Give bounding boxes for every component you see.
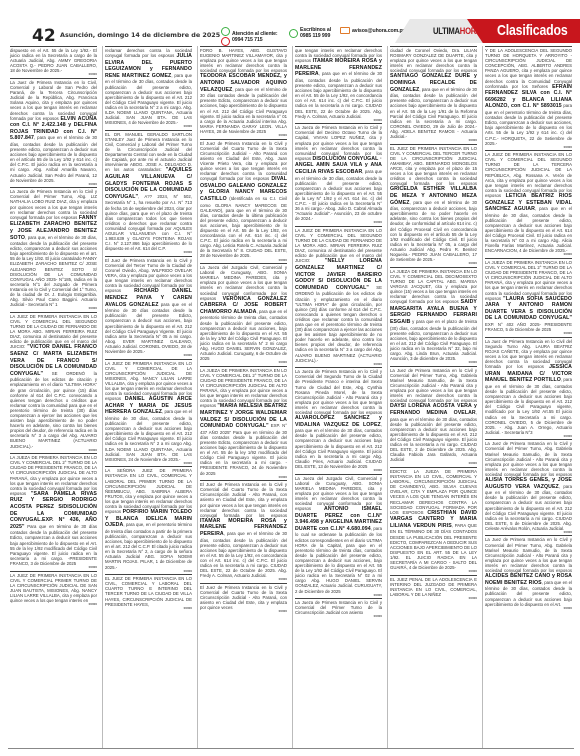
notice-code: 00000 [295,221,382,225]
legal-notice: LA JUEZ DE PRIMERA INSTANCIA EN LO CIVIL… [105,359,192,467]
notice-code: 00000 [200,361,287,365]
legal-notice: La Juez de Primera Instancia en lo Civil… [485,337,572,440]
notice-text: EL JUEZ PENAL DE LA ADOLESCENCIA E INTER… [390,577,477,597]
notice-text-tail: (Identificada en su C.I. Civil como GLOR… [200,196,287,259]
legal-notice: LA JUEZA DE PRIMERA INSTANCIA EN LO CIVI… [200,366,287,480]
phone-icon [221,37,230,46]
legal-notice: Y DE LA ADOLESCENCIA DEL SEGUNDO TURNO D… [485,46,572,150]
notice-code: 00000 [295,615,382,619]
notice-text-tail: , para que en el término de 30 días, con… [390,87,477,139]
notice-code: 00000 [485,607,572,611]
notice-text-tail: EXP. N° 437 AÑO 2025" Para que en términ… [200,423,287,475]
notice-code: 00000 [105,125,192,129]
legal-notice: EDICTO: LA JUEZA DE PRIMERA INSTANCIA EN… [390,467,477,575]
classifieds-columns: dispuesto en el Art. 55 de la Ley 1/92.-… [8,46,574,748]
notice-text-tail: para que en el perentorio término de tre… [485,103,572,145]
legal-notice: La Juez de Primera Instancia en lo Civil… [390,366,477,467]
notice-code: 00000 [390,139,477,143]
page-header: 42 Asunción, domingo 14 de diciembre de … [0,0,580,46]
notice-text: La Juez de Primera Instancia en lo Civil… [485,537,572,573]
legal-notice: LA JUEZ DE PRIMERA INSTANCIA EN LO CIVIL… [10,571,97,608]
notice-text-tail: para que en el término de 30 días contad… [105,302,192,354]
section-banner: ULTIMAHORA Clasificados [395,19,580,43]
notice-code: 00000 [295,119,382,123]
notice-text: LA JUEZ DE PRIMERA INSTANCIA EN LO CIVIL… [105,361,192,402]
notice-code: 00000 [10,603,97,607]
write-phone[interactable]: 0985 119 999 [300,33,331,39]
envelope-icon [340,27,350,34]
notice-code: 00000 [10,566,97,570]
notice-code: 00000 [485,253,572,257]
legal-notice: LA SEÑORA JUEZ DE PRIMERA INSTANCIA EN L… [105,466,192,574]
whatsapp-icon [221,27,230,36]
notice-code: 00000 [105,607,192,611]
customer-service-label: Atención al cliente: [232,31,278,37]
notice-code: 00000 [390,462,477,466]
notice-text: EL DR. MANUEL GERALDO SARTLON STANLEY Ju… [105,132,192,173]
legal-notice: dispuesto en el Art. 55 de la Ley 1/92.-… [10,46,97,78]
notice-text: FORO B. HAYES, ABG. GUSTAVO EUGENIO MART… [200,48,287,73]
section-title: Clasificados [497,22,567,39]
notice-text-tail: SE ORDENÓ la publicación de los edictos … [10,371,97,449]
legal-notice: La Juez de Primera Instancia en lo Civil… [485,535,572,611]
notice-text: LA JUEZA DE PRIMERA INSTANCIA EN LO CIVI… [10,455,97,496]
column-4: que tengan interés en reclamar derechos … [292,46,384,748]
notice-code: 00000 [10,73,97,77]
notice-text-tail: , para que en el término de 30 días, con… [485,377,572,434]
notice-text: La Juez de Primera Instancia en lo Civil… [390,368,477,404]
notice-text-tail: , PARA QUE EN EL TÉRMINO DE 30 DÍAS CONT… [390,523,477,570]
notice-text-tail: SE ORDENÓ la publicación de los edictos … [295,285,382,363]
notice-code: 00000 [10,307,97,311]
legal-notice: que tengan interés en reclamar derechos … [295,46,382,123]
legal-notice: LA JUEZ DE PRIMERA INSTANCIA EN LO CIVIL… [10,312,97,453]
notice-text-tail: , para que en el término de 30 días, con… [295,422,382,469]
notice-parties: ALVAROLOPEZ SANCHEZ y VIDALINA VAZQUEZ D… [295,415,382,428]
notice-text-tail: , para que en el término de 30 días, con… [200,531,287,578]
notice-text: LA JUEZA DE PRIMERA INSTANCIA EN LO CIVI… [200,368,287,409]
legal-notice: La Jueza de Primera Instancia en lo Civi… [295,598,382,620]
notice-text: EL JUEZ DE PRIMERA INSTANCIA EN LO CIVIL… [390,146,477,187]
notice-text-tail: , para que en el término de 30 días, con… [105,73,192,125]
notice-code: 00000 [105,570,192,574]
notice-text-tail: , A?? 2024, N° 502, Secretaría N° 1, ha … [105,194,192,251]
notice-code: 00000 [10,183,97,187]
notice-code: 00000 [200,476,287,480]
notice-code: 00000 [105,251,192,255]
legal-notice: El Juez de Primera Instancia en lo Civil… [200,139,287,264]
notice-text-tail: y para que en el plazo de treinta (30) d… [390,319,477,361]
legal-notice: EL JUEZ PENAL DE LA ADOLESCENCIA E INTER… [390,575,477,602]
notice-text: El Juez de Primera Instancia en lo Civil… [200,141,287,182]
notice-text: LA SEÑORA JUEZ DE PRIMERA INSTANCIA EN L… [105,468,192,514]
notice-text: La Juez de Primera Instancia en lo Civil… [485,441,572,477]
notice-text-tail: , para que en el término de 30 días, con… [295,169,382,221]
notice-parties: DAYSI LORENA ACOSTA VERA y FERNANDO MEDI… [390,403,477,416]
notice-code: 00000 [200,134,287,138]
notice-text: LA JUEZ DE PRIMERA INSTANCIA EN LO CIVIL… [10,573,97,603]
legal-notice: El Juez de Primera Instancia en lo Civil… [200,480,287,583]
notice-text-tail: , para que en el término de 30 días, con… [295,71,382,118]
notice-text-tail: , para que en el término de 30 días, con… [485,484,572,531]
notice-code: 00000 [10,449,97,453]
legal-notice: EL JUEZ DE PRIMERA INSTANCIA EN LO CIVIL… [105,574,192,611]
column-1: dispuesto en el Art. 55 de la Ley 1/92.-… [8,46,99,748]
legal-notice: La Jueza del Juzgado Civil, Comercial y … [295,474,382,599]
notice-text: ciudad de Coronel Oviedo, Dra. LILIAN RO… [390,48,477,73]
notice-text-tail: , para que en el término de 30 días, con… [485,206,572,253]
notice-text-tail: , para que en el término de 30 días, con… [390,410,477,462]
notice-text: LA JUEZ DE PRIMERA INSTANCIA EN LO CIVIL… [485,152,572,198]
legal-notice: LA JUEZ DE PRIMERA INSTANCIA EN LO CIVIL… [485,150,572,258]
legal-notice: La Jueza de Primera Instancia en lo Civi… [295,367,382,473]
legal-notice: ciudad de Coronel Oviedo, Dra. LILIAN RO… [390,46,477,144]
publication-date: Asunción, domingo 14 de diciembre de 202… [60,31,220,39]
notice-code: 00000 [105,354,192,358]
notice-code: 00000 [295,469,382,473]
legal-notice: El Juez de Primera Instancia en lo Civil… [200,583,287,615]
notice-text-tail: , para lo cual se ordenase la publicació… [295,526,382,594]
notice-text-tail: , para que en el perentorio término de t… [200,309,287,361]
legal-notice: La Jueza de Primera Instancia en lo Civi… [10,187,97,312]
notice-code: 00000 [390,570,477,574]
column-5: ciudad de Coronel Oviedo, Dra. LILIAN RO… [387,46,479,748]
column-3: FORO B. HAYES, ABG. GUSTAVO EUGENIO MART… [197,46,289,748]
customer-service-contact: Atención al cliente: 0994 715 715 [221,27,278,46]
notice-code: 00000 [200,578,287,582]
notice-code: 00000 [390,262,477,266]
legal-notice: LA JUEZA DE PRIMERA INSTANCIA EN LO CIVI… [485,258,572,337]
notice-text: LA JUEZA DE PRIMERA INSTANCIA EN LO CIVI… [485,260,572,301]
legal-notice: La Jueza de Primera Instancia en lo Civi… [295,123,382,226]
notice-text-tail: , para que, en el perentorio término de … [105,522,192,569]
notice-code: 00000 [295,363,382,367]
whatsapp-icon [289,29,298,38]
notice-code: 00000 [295,594,382,598]
notice-code: 00000 [390,597,477,601]
legal-notice: La Jueza del Juzgado Civil, Comercial y … [200,263,287,366]
write-contact: Escribinos al 0985 119 999 [289,27,331,39]
notice-code: 00000 [485,531,572,535]
notice-text: EL JUEZ DE PRIMERA INSTANCIA EN LO CIVIL… [105,576,192,606]
notice-code: 00000 [485,332,572,336]
page-number: 42 [32,26,56,46]
notice-code: 00000 [390,361,477,365]
legal-notice: LA JUEZA DE PRIMERA INSTANCIA EN LO CIVI… [390,267,477,366]
notice-text: El Juez de Primera Instancia en lo Civil… [200,585,287,610]
notice-code: 00000 [105,462,192,466]
notice-text: Y DE LA ADOLESCENCIA DEL SEGUNDO TURNO D… [485,48,572,89]
notice-code: 00000 [200,259,287,263]
notice-text: dispuesto en el Art. 55 de la Ley 1/92.-… [10,48,97,73]
customer-service-phone[interactable]: 0994 715 715 [232,37,278,43]
legal-notice: La Juez de Primera Instancia en lo Civil… [10,78,97,187]
column-6: Y DE LA ADOLESCENCIA DEL SEGUNDO TURNO D… [482,46,574,748]
legal-notice: La Juez de Primera Instancia en lo Civil… [485,439,572,535]
notice-text: La Jueza de Primera Instancia en lo Civi… [295,369,382,415]
notice-text: La Jueza de Primera Instancia en lo Civi… [295,600,382,615]
notice-code: 00000 [200,610,287,614]
notice-text-tail: , para que en el término de 30 días, con… [105,409,192,461]
notice-code: 00000 [485,435,572,439]
legal-notice: EL JUEZ DE PRIMERA INSTANCIA EN LO CIVIL… [390,144,477,267]
legal-notice: FORO B. HAYES, ABG. GUSTAVO EUGENIO MART… [200,46,287,139]
legal-notice: reclamar derechos contra la sociedad con… [105,46,192,130]
notice-text-tail: , para que en el término de 30 días, con… [10,135,97,182]
notice-text-tail: , para que en el término de 30 días cont… [200,87,287,134]
legal-notice: LA JUEZ DE PRIMERA INSTANCIA EN LO CIVIL… [295,226,382,367]
notice-text-tail: , para que en el término de 30 días, com… [390,200,477,263]
column-2: reclamar derechos contra la sociedad con… [102,46,194,748]
notice-code: 00000 [485,146,572,150]
footer-divider [8,748,574,749]
legal-notice: El Juez de Primera Instancia en lo Civil… [105,256,192,359]
notice-text: EDICTO: LA JUEZA DE PRIMERA INSTANCIA EN… [390,469,477,515]
legal-notice: LA JUEZA DE PRIMERA INSTANCIA EN LO CIVI… [10,453,97,570]
notice-text-tail: EXP. N° 402 AÑO 2025- PRESIDENTE FRANCO,… [485,322,572,332]
notice-text-tail: , para que, en el término de 30 días, co… [10,235,97,308]
notice-text-tail: Para que en término de 30 días contados … [10,524,97,566]
legal-notice: EL DR. MANUEL GERALDO SARTLON STANLEY Ju… [105,130,192,256]
brand-logo: ULTIMAHORA [433,26,481,36]
notice-text: El Juez de Primera Instancia en lo Civil… [200,482,287,518]
notice-text: La Juez de Primera Instancia en lo Civil… [10,80,97,121]
